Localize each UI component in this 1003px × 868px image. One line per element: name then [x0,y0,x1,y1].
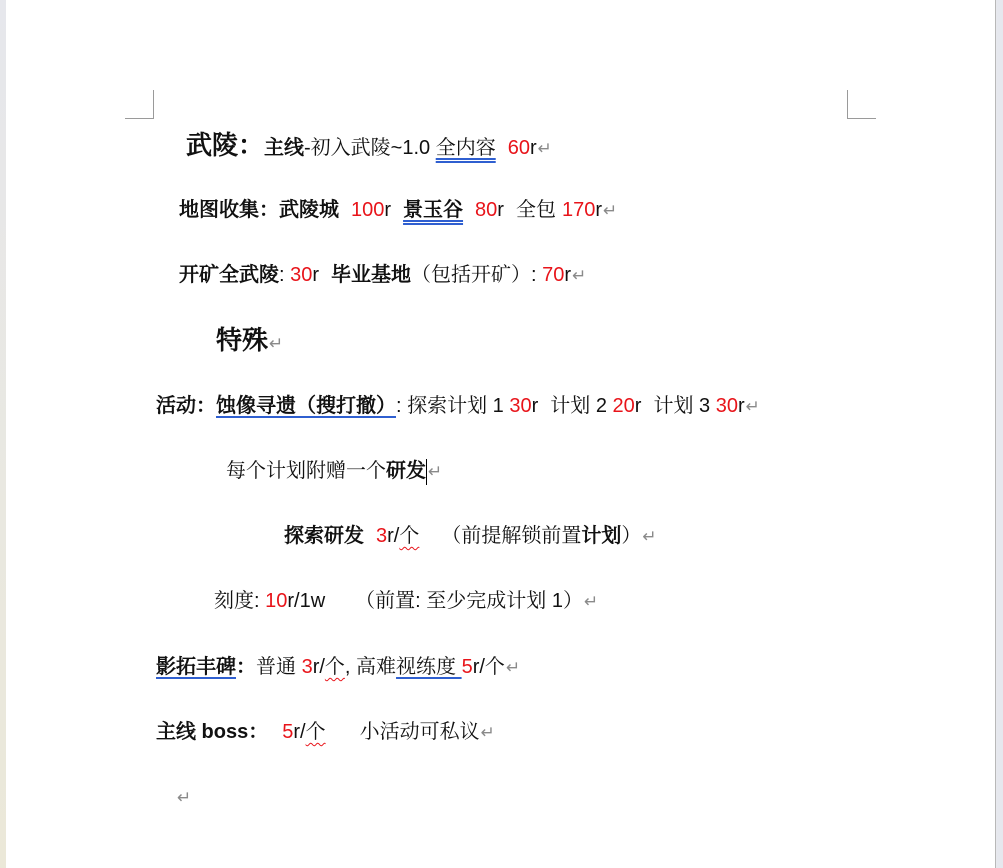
paragraph-mark-icon: ↵ [481,723,495,742]
paragraph-mark-icon: ↵ [746,397,760,416]
unit: r [738,395,745,417]
line-stele[interactable]: 影拓丰碑：普通 3r/个, 高难视练度 5r/个↵ [156,653,520,682]
line-bonus[interactable]: 每个计划附赠一个研发↵ [226,457,442,486]
note: （前置: 至少完成计划 1） [355,590,583,612]
mainline-label: 主线 [264,137,304,159]
price: 3 [376,525,387,547]
note: 小活动可私议 [360,721,480,743]
paragraph-mark-icon: ↵ [584,592,598,611]
activity-label: 活动： [156,395,216,417]
mainline-text: -初入武陵~1.0 [304,137,436,159]
price: 170 [562,199,595,221]
top-right-margin-mark [847,90,876,119]
note: （前提解锁前置 [441,525,581,547]
per-unit: 个 [399,525,419,547]
paragraph-mark-icon: ↵ [603,201,617,220]
line-research[interactable]: 探索研发3r/个（前提解锁前置计划）↵ [284,522,657,551]
line-special[interactable]: 特殊↵ [216,326,283,358]
unit: r [530,137,537,159]
line-mining[interactable]: 开矿全武陵: 30r毕业基地（包括开矿）: 70r↵ [179,261,586,290]
line-empty[interactable]: ↵ [176,783,191,812]
research-text: 研发 [386,460,426,482]
paragraph-mark-icon: ↵ [269,334,283,353]
item-jingyu-valley: 景玉谷 [403,199,463,221]
unit: r [595,199,602,221]
per-unit: 个 [306,721,326,743]
unit: r [312,264,319,286]
price: 100 [351,199,384,221]
scale-label: 刻度: [214,590,265,612]
note-end: ） [621,525,641,547]
unit: r/个 [473,656,505,678]
separator: : [396,395,407,417]
right-margin-strip [997,0,1003,868]
price: 30 [509,395,531,417]
hard-label: , 高难 [345,656,396,678]
unit: r/ [293,721,305,743]
proficiency-text: 视练度 [396,656,462,678]
price: 5 [462,656,473,678]
unit: r [497,199,504,221]
special-heading: 特殊 [216,325,268,355]
item-full-pack: 全包 [516,199,556,221]
wuling-heading: 武陵： [186,130,264,160]
paragraph-mark-icon: ↵ [428,462,442,481]
unit: r [384,199,391,221]
map-collect-label: 地图收集： [179,199,279,221]
paragraph-mark-icon: ↵ [177,788,191,807]
document-page[interactable]: 武陵：主线-初入武陵~1.0 全内容60r↵ 地图收集：武陵城100r景玉谷80… [6,0,996,868]
unit: r/ [313,656,325,678]
per-unit: 个 [325,656,345,678]
boss-label: 主线 boss： [156,721,268,743]
full-content-text: 全内容 [436,137,496,159]
price: 70 [542,264,564,286]
paragraph-mark-icon: ↵ [572,266,586,285]
top-left-margin-mark [125,90,154,119]
line-activity[interactable]: 活动：蚀像寻遗（搜打撤）: 探索计划 1 30r计划 2 20r计划 3 30r… [156,392,760,421]
colon: ： [236,656,256,678]
price: 3 [302,656,313,678]
line-wuling[interactable]: 武陵：主线-初入武陵~1.0 全内容60r↵ [186,131,552,163]
unit: r/ [387,525,399,547]
bonus-text: 每个计划附赠一个 [226,460,386,482]
unit: r [635,395,642,417]
note-bold: 计划 [581,525,621,547]
unit: r [532,395,539,417]
price: 5 [282,721,293,743]
plan-3-label: 计划 3 [653,395,715,417]
paragraph-mark-icon: ↵ [506,658,520,677]
event-name: 蚀像寻遗（搜打撤） [216,395,396,417]
price: 30 [716,395,738,417]
paragraph-mark-icon: ↵ [642,527,656,546]
line-map-collect[interactable]: 地图收集：武陵城100r景玉谷80r全包170r↵ [179,196,617,225]
price: 60 [508,137,530,159]
separator: : [279,264,290,286]
line-scale[interactable]: 刻度: 10r/1w（前置: 至少完成计划 1）↵ [214,587,598,616]
line-boss[interactable]: 主线 boss：5r/个小活动可私议↵ [156,718,495,747]
plan-1-label: 探索计划 1 [407,395,509,417]
note: （包括开矿）: [411,264,542,286]
unit: r/1w [287,590,325,612]
item-wuling-city: 武陵城 [279,199,339,221]
stele-label: 影拓丰碑 [156,656,236,678]
price: 30 [290,264,312,286]
normal-label: 普通 [256,656,302,678]
mining-label: 开矿全武陵 [179,264,279,286]
price: 20 [613,395,635,417]
unit: r [564,264,571,286]
price: 80 [475,199,497,221]
paragraph-mark-icon: ↵ [538,139,552,158]
item-graduation-base: 毕业基地 [331,264,411,286]
text-cursor [426,459,427,485]
plan-2-label: 计划 2 [550,395,612,417]
price: 10 [265,590,287,612]
research-label: 探索研发 [284,525,364,547]
